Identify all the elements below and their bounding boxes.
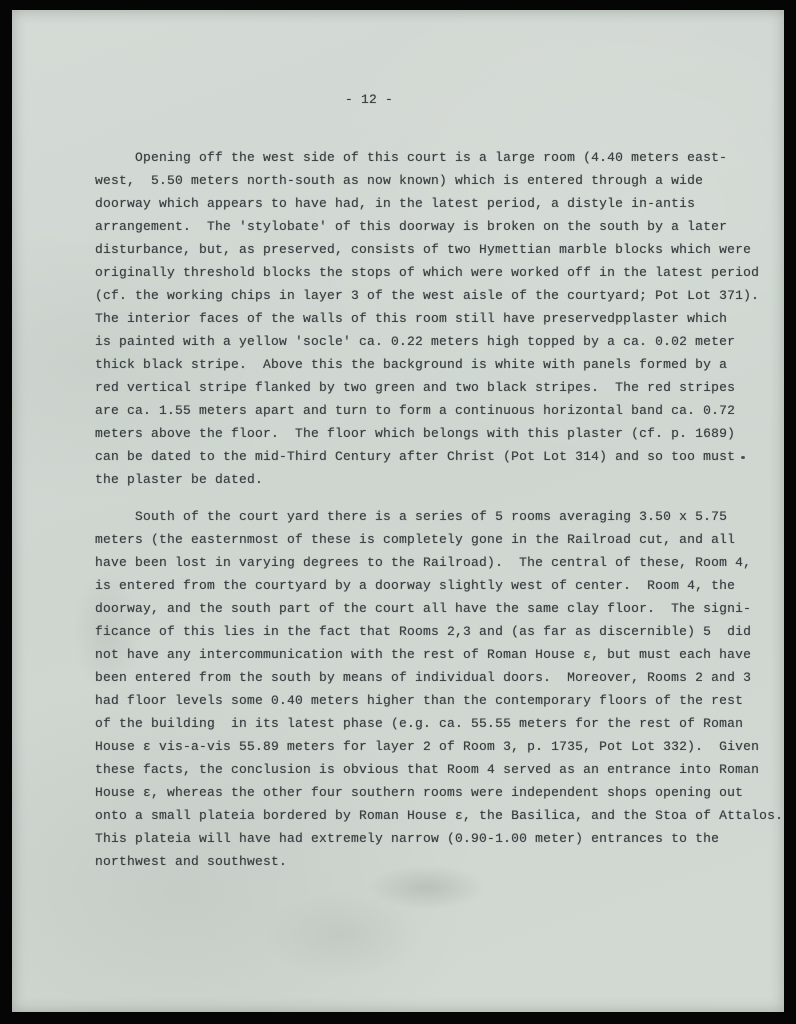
paragraph-room-west-of-court: Opening off the west side of this court … <box>95 146 785 491</box>
page-number: - 12 - <box>345 88 785 111</box>
scan-frame: - 12 - Opening off the west side of this… <box>0 0 796 1024</box>
ink-smudge <box>262 890 422 980</box>
paper-page: - 12 - Opening off the west side of this… <box>12 10 784 1012</box>
paragraph-rooms-south-of-courtyard: South of the court yard there is a serie… <box>95 505 785 873</box>
typewritten-text-block: - 12 - Opening off the west side of this… <box>95 10 785 873</box>
